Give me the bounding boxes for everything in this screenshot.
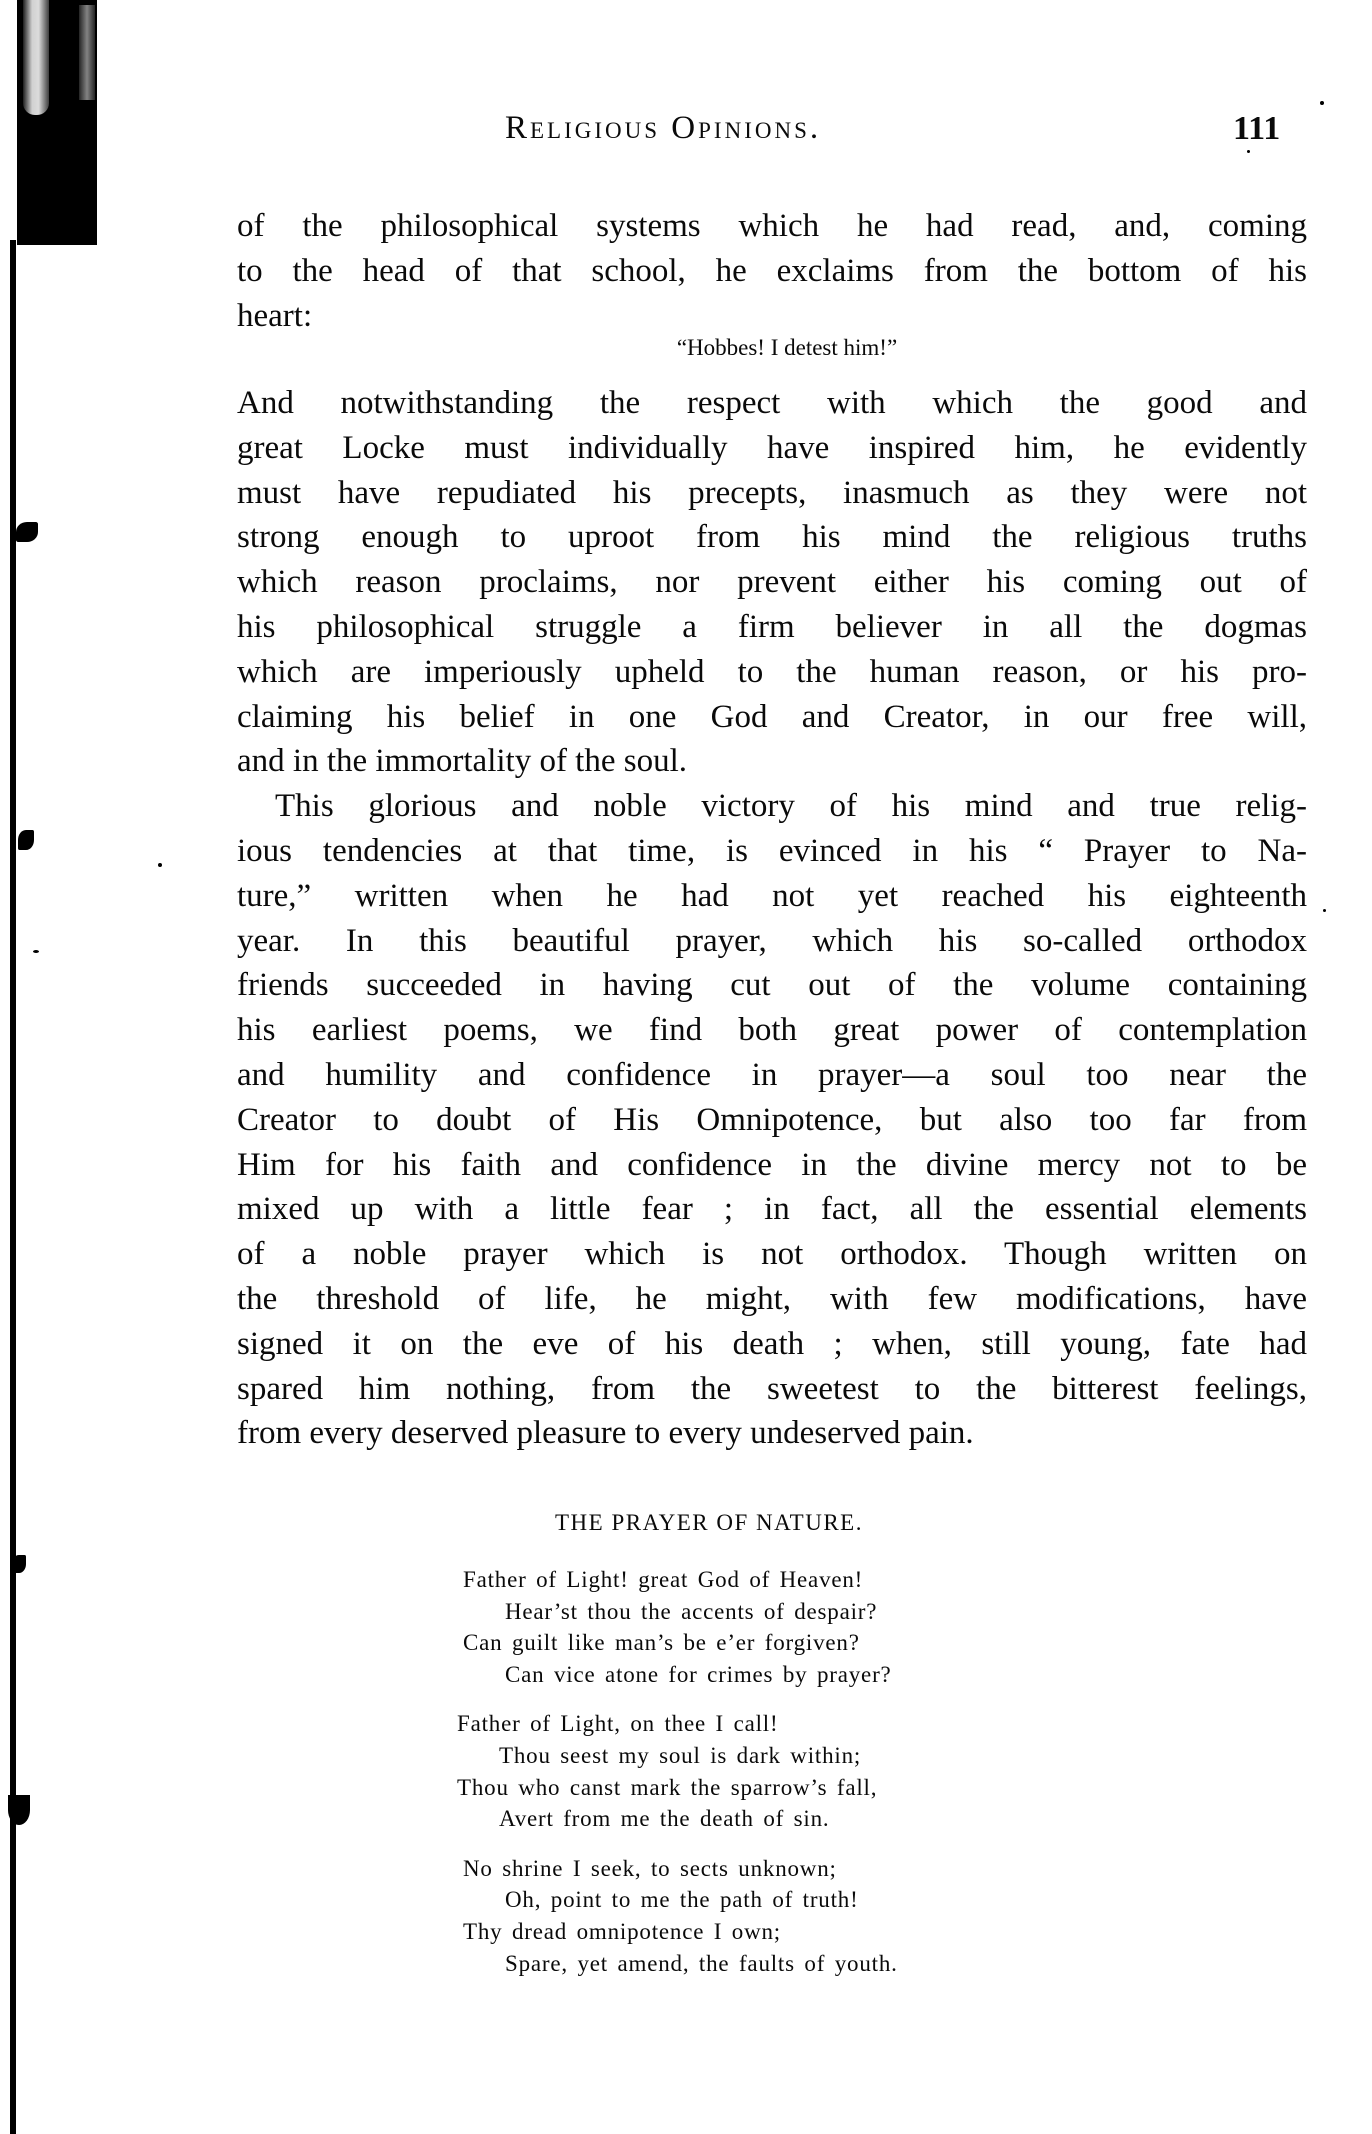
edge-mark (8, 1795, 30, 1825)
poem-line: Can vice atone for crimes by prayer? (463, 1659, 898, 1691)
binding-highlight (23, 0, 49, 115)
poem-line: No shrine I seek, to sects unknown; (463, 1853, 898, 1885)
body-line: which reason proclaims, nor prevent eith… (237, 560, 1307, 605)
body-text-after-quote: And notwithstanding the respect with whi… (237, 381, 1307, 1456)
speck (33, 950, 39, 953)
body-line: strong enough to uproot from his mind th… (237, 515, 1307, 560)
body-line: of a noble prayer which is not orthodox.… (237, 1232, 1307, 1277)
body-line: and humility and confidence in prayer—a … (237, 1053, 1307, 1098)
body-line: year. In this beautiful prayer, which hi… (237, 919, 1307, 964)
running-header-title: Religious Opinions. (505, 112, 821, 145)
body-line: claiming his belief in one God and Creat… (237, 695, 1307, 740)
poem-line: Avert from me the death of sin. (457, 1803, 898, 1835)
body-line: of the philosophical systems which he ha… (237, 204, 1307, 249)
speck (158, 863, 162, 867)
body-line: ture,” written when he had not yet reach… (237, 874, 1307, 919)
poem-line: Oh, point to me the path of truth! (463, 1884, 898, 1916)
binding-shadow (17, 0, 97, 245)
speck (1323, 909, 1326, 912)
body-text-before-quote: of the philosophical systems which he ha… (237, 204, 1307, 338)
poem-line: Can guilt like man’s be e’er forgiven? (463, 1627, 898, 1659)
body-line: from every deserved pleasure to every un… (237, 1411, 1307, 1456)
page-edge-line (10, 240, 16, 2134)
poem-line: Spare, yet amend, the faults of youth. (463, 1948, 898, 1980)
poem-line: Thou who canst mark the sparrow’s fall, (457, 1772, 898, 1804)
body-line: Creator to doubt of His Omnipotence, but… (237, 1098, 1307, 1143)
body-line: mixed up with a little fear ; in fact, a… (237, 1187, 1307, 1232)
hobbes-quote: “Hobbes! I detest him!” (237, 336, 1307, 359)
body-line: heart: (237, 294, 1307, 339)
speck (1320, 101, 1324, 105)
body-line: spared him nothing, from the sweetest to… (237, 1367, 1307, 1412)
body-line: to the head of that school, he exclaims … (237, 249, 1307, 294)
poem-line: Father of Light! great God of Heaven! (463, 1564, 898, 1596)
page-number: 111 (1233, 112, 1280, 146)
body-line: great Locke must individually have inspi… (237, 426, 1307, 471)
body-line: And notwithstanding the respect with whi… (237, 381, 1307, 426)
paragraph-start-line: This glorious and noble victory of his m… (237, 784, 1307, 829)
poem-line: Father of Light, on thee I call! (457, 1708, 898, 1740)
body-line: the threshold of life, he might, with fe… (237, 1277, 1307, 1322)
edge-mark (16, 522, 38, 542)
quote-block: “Hobbes! I detest him!” (237, 336, 1307, 366)
poem-line: Thy dread omnipotence I own; (463, 1916, 898, 1948)
body-line: friends succeeded in having cut out of t… (237, 963, 1307, 1008)
body-line: Him for his faith and confidence in the … (237, 1143, 1307, 1188)
binding-highlight-secondary (79, 5, 95, 100)
body-line: and in the immortality of the soul. (237, 739, 1307, 784)
poem-title: THE PRAYER OF NATURE. (555, 1511, 863, 1534)
poem-line: Hear’st thou the accents of despair? (463, 1596, 898, 1628)
body-line: his philosophical struggle a firm believ… (237, 605, 1307, 650)
body-line: must have repudiated his precepts, inasm… (237, 471, 1307, 516)
body-line: which are imperiously upheld to the huma… (237, 650, 1307, 695)
stanza-3: No shrine I seek, to sects unknown; Oh, … (463, 1853, 898, 1979)
poem: Father of Light! great God of Heaven! He… (463, 1564, 898, 1997)
edge-mark (18, 830, 34, 850)
edge-mark (12, 1555, 26, 1573)
speck (1247, 150, 1250, 153)
stanza-1: Father of Light! great God of Heaven! He… (463, 1564, 898, 1690)
body-line: his earliest poems, we find both great p… (237, 1008, 1307, 1053)
body-line: signed it on the eve of his death ; when… (237, 1322, 1307, 1367)
body-line: ious tendencies at that time, is evinced… (237, 829, 1307, 874)
poem-line: Thou seest my soul is dark within; (457, 1740, 898, 1772)
stanza-2: Father of Light, on thee I call! Thou se… (457, 1708, 898, 1834)
